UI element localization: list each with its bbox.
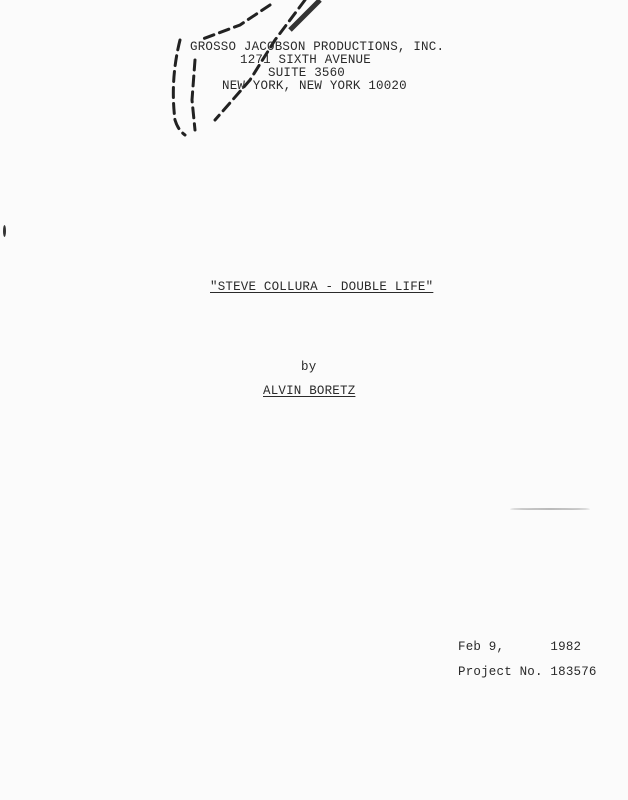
letterhead-company: GROSSO JACOBSON PRODUCTIONS, INC. — [190, 40, 444, 54]
letterhead-street: 1271 SIXTH AVENUE — [240, 53, 371, 67]
document-title: "STEVE COLLURA - DOUBLE LIFE" — [210, 280, 433, 294]
byline: by — [301, 360, 316, 374]
author-name: ALVIN BORETZ — [263, 384, 355, 398]
letterhead-suite: SUITE 3560 — [268, 66, 345, 80]
project-number: Project No. 183576 — [458, 665, 597, 679]
document-date: Feb 9, 1982 — [458, 640, 581, 654]
letterhead-city: NEW YORK, NEW YORK 10020 — [222, 79, 407, 93]
